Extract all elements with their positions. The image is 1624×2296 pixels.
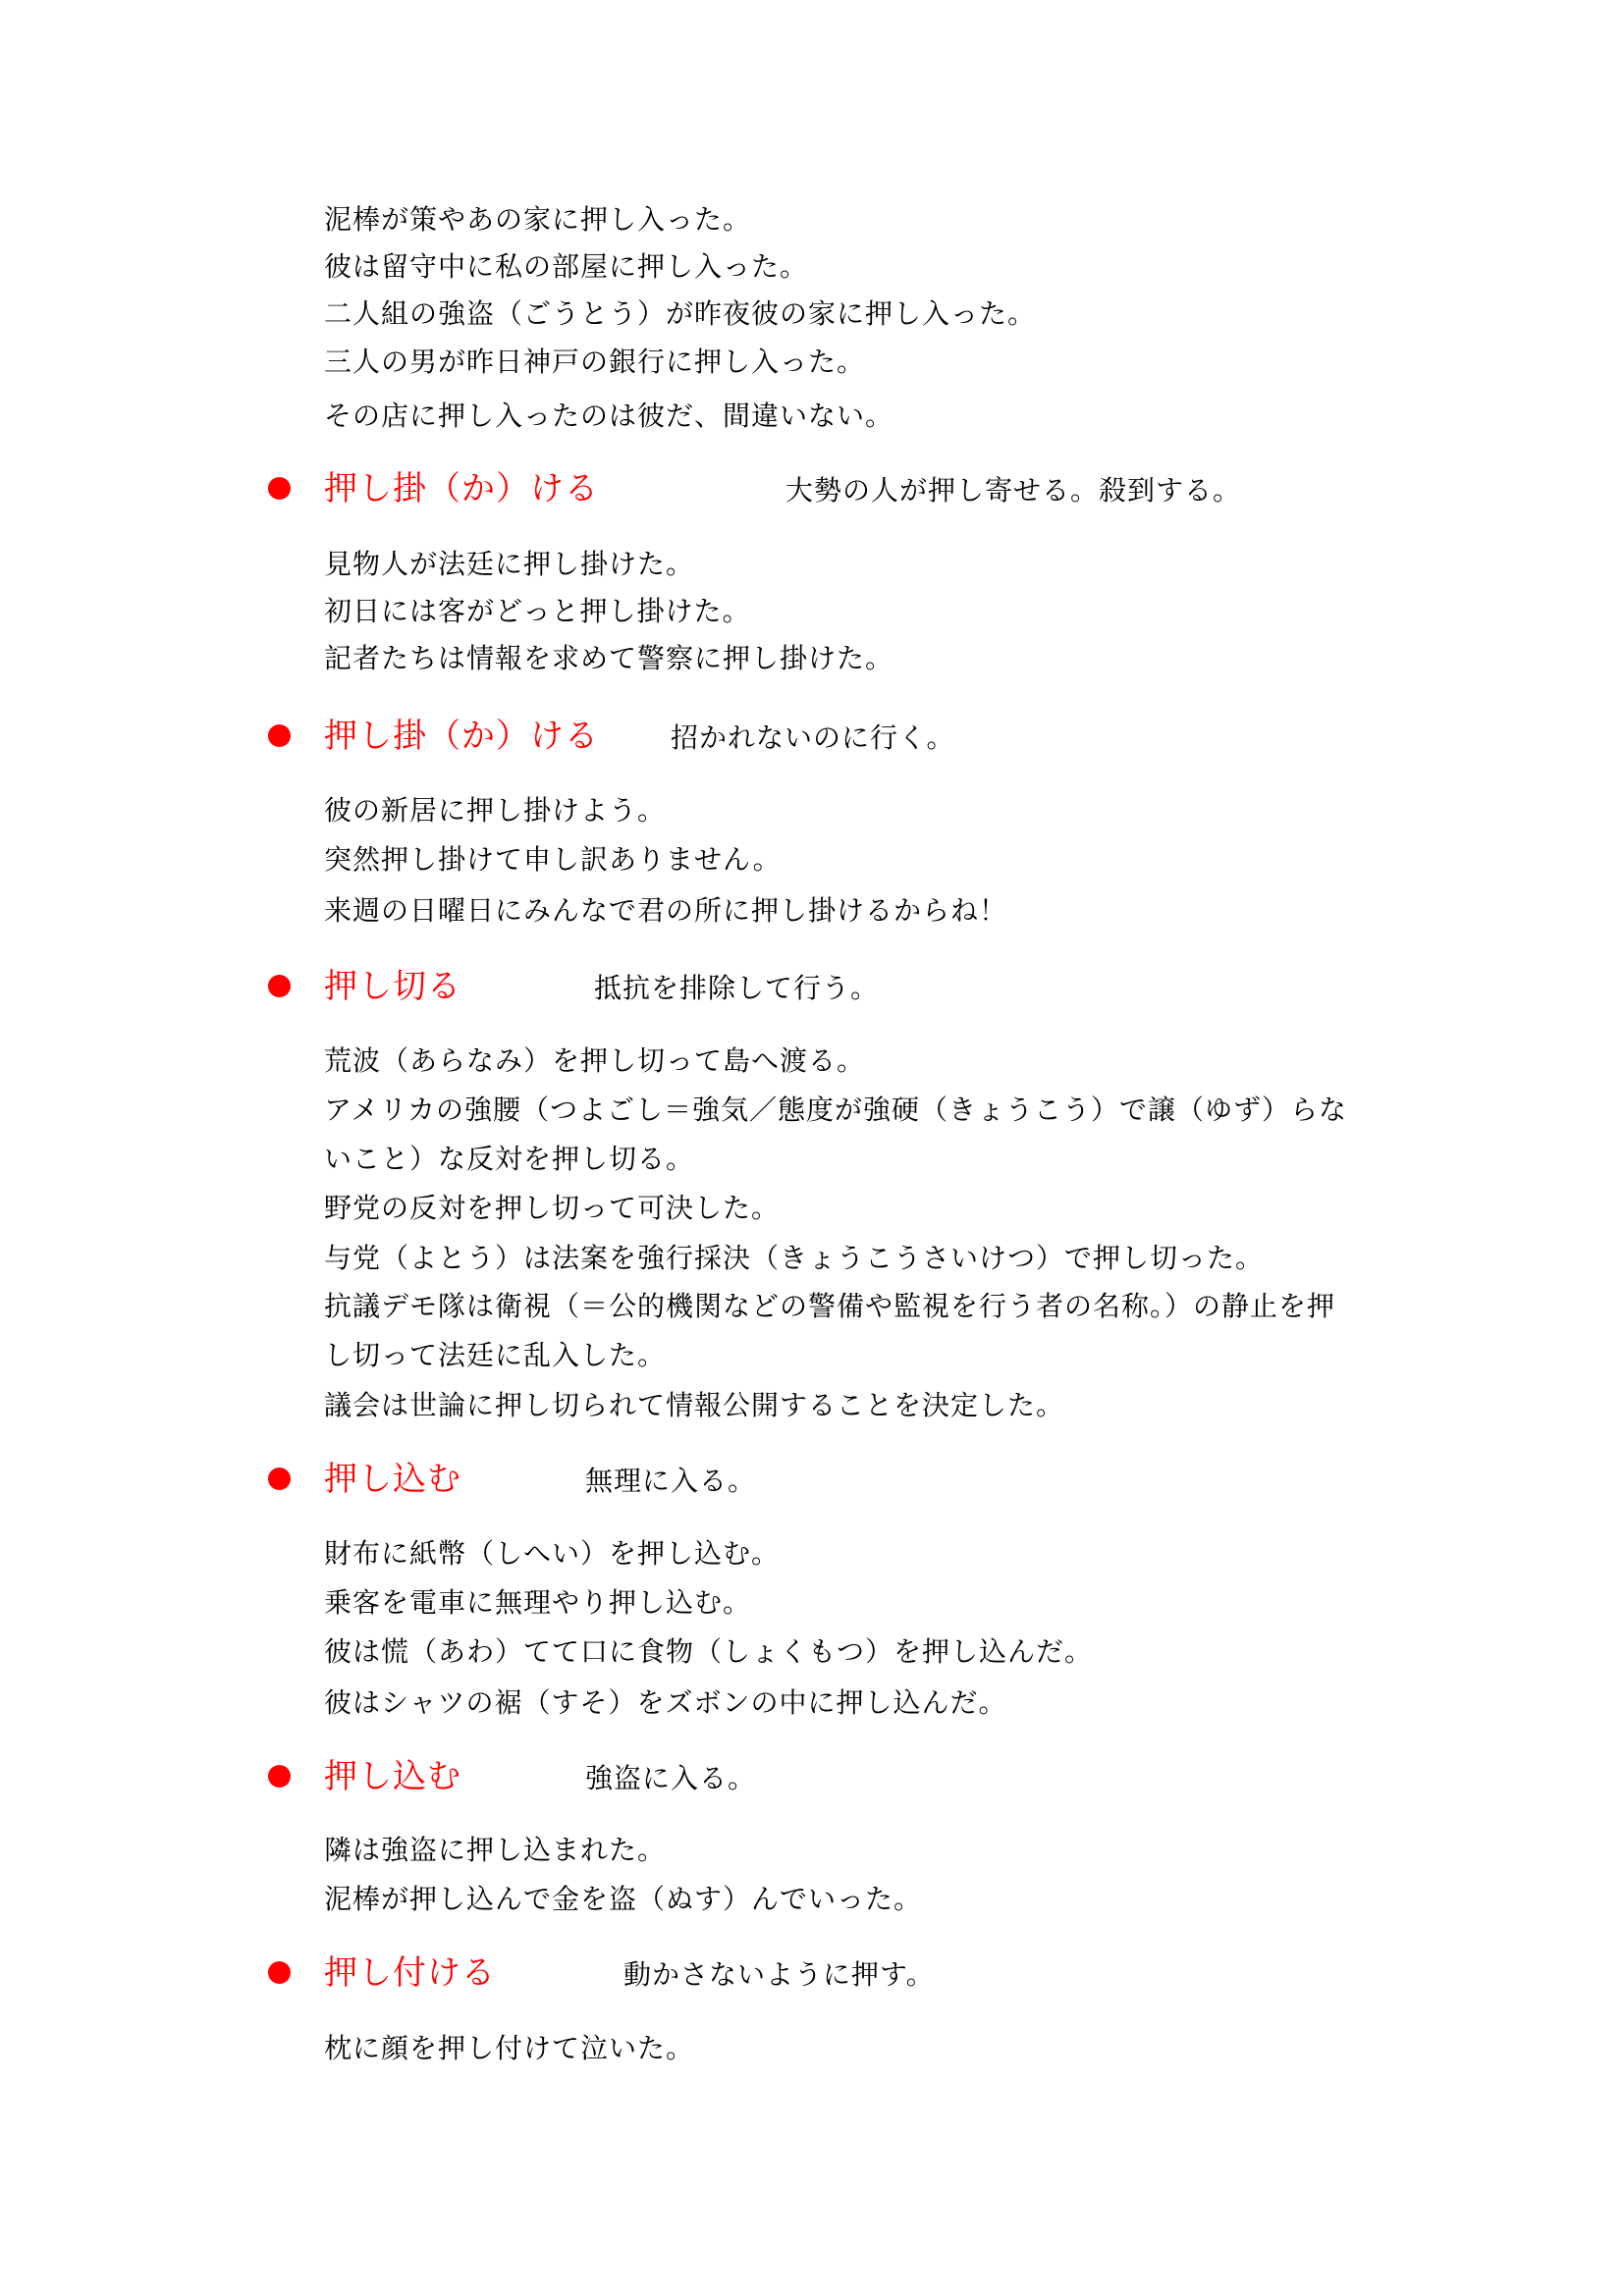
document-page: 泥棒が策やあの家に押し入った。 彼は留守中に私の部屋に押し入った。 二人組の強盗…: [0, 0, 1624, 2296]
bullet-icon: [268, 1468, 291, 1490]
example-sentence: 彼は留守中に私の部屋に押し入った。: [324, 249, 808, 285]
example-sentence: 来週の日曜日にみんなで君の所に押し掛けるからね！: [324, 893, 1007, 929]
example-sentence: 突然押し掛けて申し訳ありません。: [324, 842, 782, 878]
example-sentence: 見物人が法廷に押し掛けた。: [324, 547, 694, 582]
example-sentence: 彼はシャツの裾（すそ）をズボンの中に押し込んだ。: [324, 1685, 1006, 1721]
entry-meaning: 強盗に入る。: [585, 1761, 756, 1796]
example-sentence: 三人の男が昨日神戸の銀行に押し入った。: [324, 345, 865, 380]
entry-meaning: 無理に入る。: [585, 1464, 756, 1499]
example-sentence: その店に押し入ったのは彼だ、間違いない。: [324, 399, 893, 434]
example-sentence: 荒波（あらなみ）を押し切って島へ渡る。: [324, 1043, 865, 1079]
example-sentence: 初日には客がどっと押し掛けた。: [324, 594, 750, 629]
entry-term: 押し掛（か）ける: [324, 467, 599, 510]
example-sentence: 与党（よとう）は法案を強行採決（きょうこうさいけつ）で押し切った。: [324, 1241, 1264, 1276]
bullet-icon: [268, 1765, 291, 1788]
entry-meaning: 動かさないように押す。: [623, 1957, 935, 1993]
example-sentence: 泥棒が押し込んで金を盗（ぬす）んでいった。: [324, 1882, 922, 1917]
example-sentence: 野党の反対を押し切って可決した。: [324, 1191, 780, 1226]
example-sentence: 議会は世論に押し切られて情報公開することを決定した。: [324, 1388, 1064, 1423]
bullet-icon: [268, 477, 291, 500]
example-sentence: 隣は強盗に押し込まれた。: [324, 1833, 666, 1868]
example-sentence: 抗議デモ隊は衛視（＝公的機関などの警備や監視を行う者の名称。）の静止を押: [324, 1289, 1335, 1324]
entry-term: 押し掛（か）ける: [324, 715, 599, 758]
example-sentence: 泥棒が策やあの家に押し入った。: [324, 202, 751, 238]
example-sentence: 彼の新居に押し掛けよう。: [324, 793, 666, 828]
bullet-icon: [268, 724, 291, 747]
example-sentence: 財布に紙幣（しへい）を押し込む。: [324, 1536, 780, 1572]
example-sentence: し切って法廷に乱入した。: [324, 1338, 666, 1373]
bullet-icon: [268, 975, 291, 997]
example-sentence: アメリカの強腰（つよごし＝強気／態度が強硬（きょうこう）で譲（ゆず）らな: [324, 1093, 1347, 1128]
example-sentence: 記者たちは情報を求めて警察に押し掛けた。: [324, 641, 893, 676]
entry-term: 押し切る: [324, 965, 461, 1008]
entry-meaning: 大勢の人が押し寄せる。殺到する。: [785, 473, 1241, 508]
example-sentence: 二人組の強盗（ごうとう）が昨夜彼の家に押し入った。: [324, 296, 1036, 332]
entry-term: 押し込む: [324, 1458, 461, 1501]
entry-meaning: 招かれないのに行く。: [671, 721, 954, 756]
bullet-icon: [268, 1961, 291, 1984]
entry-meaning: 抵抗を排除して行う。: [594, 971, 879, 1006]
example-sentence: 乗客を電車に無理やり押し込む。: [324, 1585, 751, 1621]
entry-term: 押し込む: [324, 1755, 461, 1798]
example-sentence: 枕に顔を押し付けて泣いた。: [324, 2031, 694, 2066]
entry-term: 押し付ける: [324, 1951, 496, 1995]
example-sentence: 彼は慌（あわ）てて口に食物（しょくもつ）を押し込んだ。: [324, 1634, 1093, 1670]
example-sentence: いこと）な反対を押し切る。: [324, 1142, 694, 1177]
